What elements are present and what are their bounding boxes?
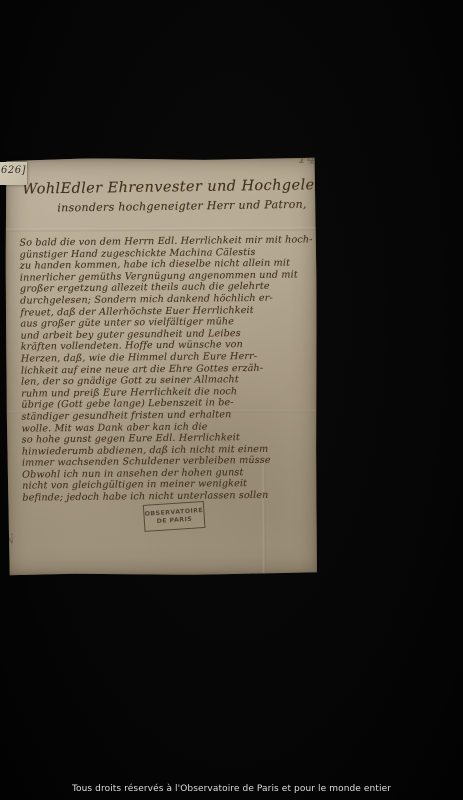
archive-label-number: 626] <box>1 165 27 176</box>
salutation-line-1: WohlEdler Ehrenvester und Hochgelehrter … <box>22 177 314 197</box>
copyright-caption: Tous droits réservés à l'Observatoire de… <box>0 784 463 794</box>
pencil-initials: W <box>0 532 17 550</box>
manuscript-page: 144 WohlEdler Ehrenvester und Hochgelehr… <box>5 157 318 575</box>
archive-label-slip: 626] <box>0 162 27 185</box>
manuscript-line: befinde; jedoch habe ich nicht unterlass… <box>22 489 318 504</box>
photograph-frame: 626] 144 WohlEdler Ehrenvester und Hochg… <box>0 0 463 800</box>
horizontal-crease <box>5 227 316 231</box>
observatoire-de-paris-stamp: OBSERVATOIRE DE PARIS <box>143 501 206 532</box>
salutation-line-2: insonders hochgeneigter Herr und Patron, <box>57 198 297 215</box>
folio-number: 144 <box>298 152 327 168</box>
letter-body: So bald die von dem Herrn Edl. Herrlichk… <box>19 234 318 504</box>
